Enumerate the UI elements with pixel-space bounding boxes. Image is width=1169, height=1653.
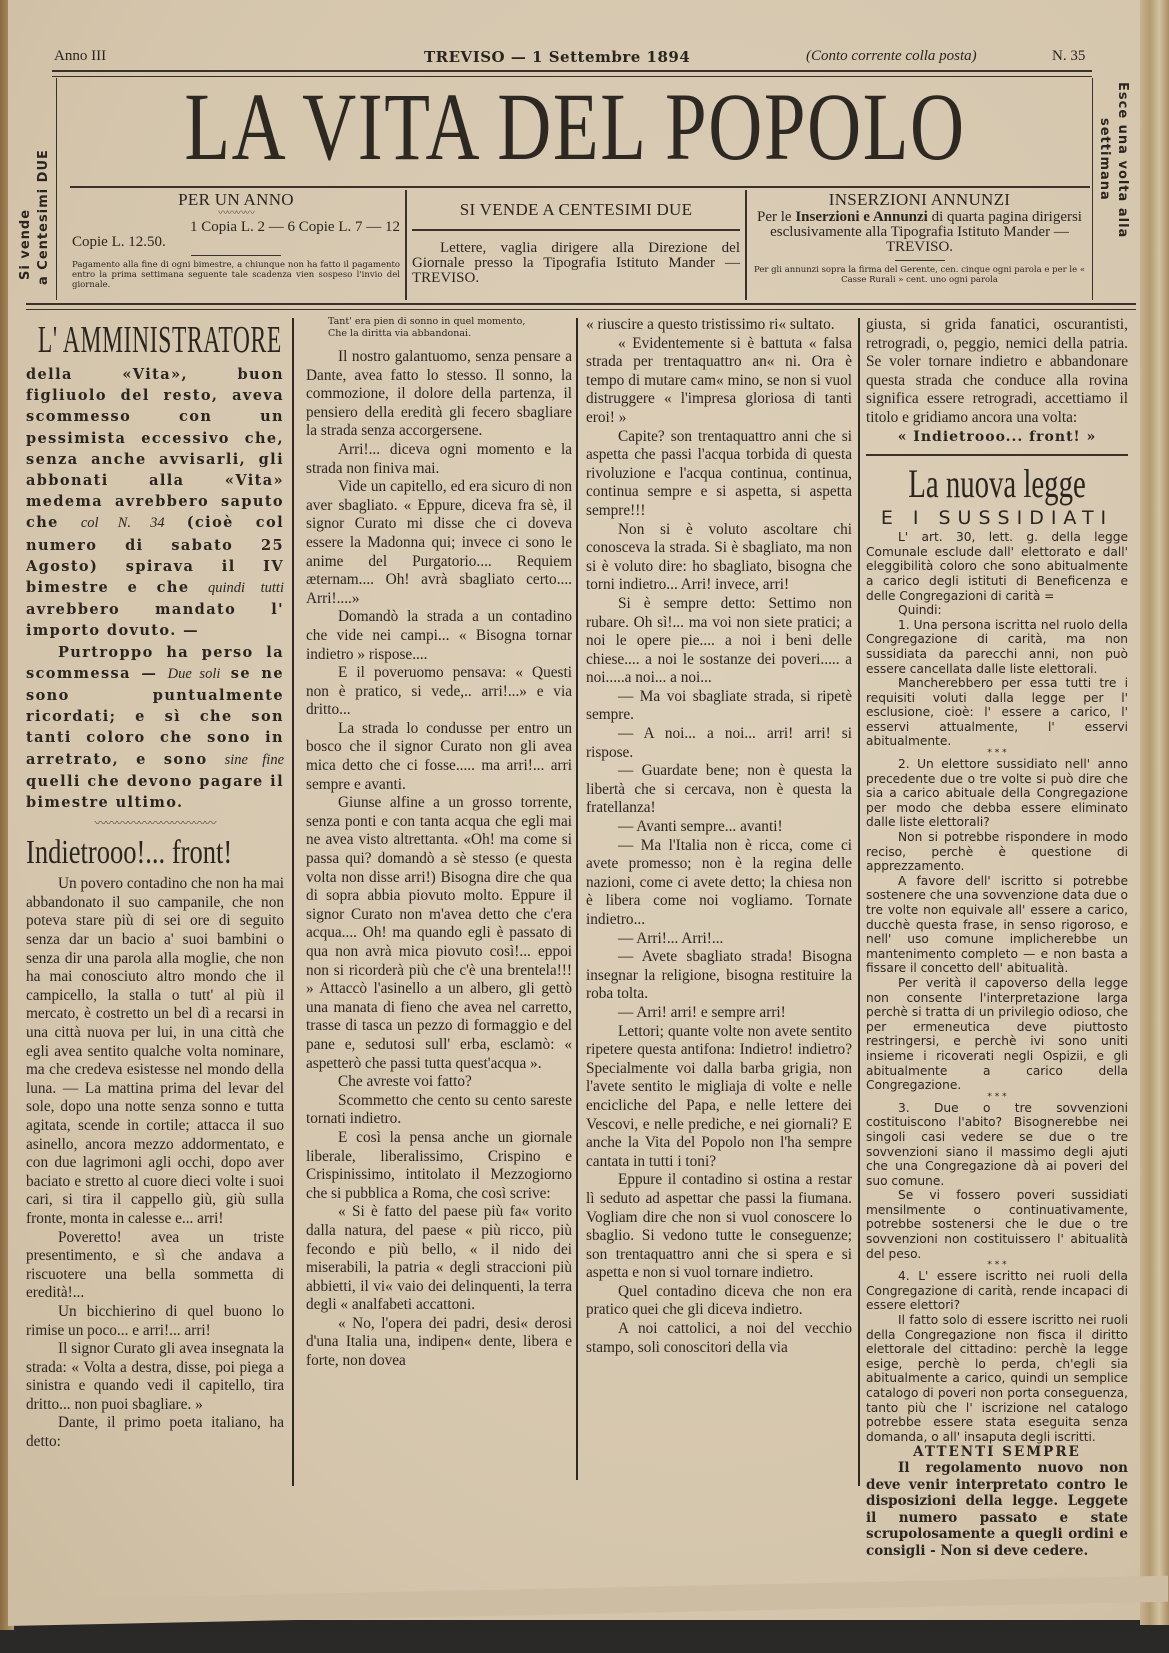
side-right-line-1: Esce una volta alla xyxy=(1115,82,1130,238)
paragraph: Capite? son trentaquattro anni che si as… xyxy=(586,428,852,521)
section-stars: * * * xyxy=(866,1093,1128,1101)
price-title: SI VENDE A CENTESIMI DUE xyxy=(412,200,740,220)
paragraph: Arri!... diceva ogni momento e la strada… xyxy=(306,441,572,478)
paragraph: E così la pensa anche un giornale libera… xyxy=(306,1129,572,1203)
price-contact: Lettere, vaglia dirigere alla Direzione … xyxy=(412,241,740,286)
paragraph: Mancherebbero per essa tutti tre i requi… xyxy=(866,676,1128,749)
paragraph: Il fatto solo di essere iscritto nei ruo… xyxy=(866,1313,1128,1444)
column-2: Tant' era pien di sonno in quel momento,… xyxy=(306,316,572,1371)
header-bottom-rule xyxy=(26,303,1136,310)
sub-rule xyxy=(191,255,281,256)
paragraph: « Si è fatto del paese più fa« vorito da… xyxy=(306,1203,572,1315)
article-subtitle: E I SUSSIDIATI xyxy=(866,506,1128,530)
paragraph: 4. L' essere iscritto nei ruoli della Co… xyxy=(866,1269,1128,1313)
price-box: SI VENDE A CENTESIMI DUE Lettere, vaglia… xyxy=(412,190,740,302)
paragraph: E il poveruomo pensava: « Questi non è p… xyxy=(306,664,572,720)
subscription-prices: 1 Copia L. 2 — 6 Copie L. 7 — 12 xyxy=(72,220,400,235)
payment-note: Pagamento alla fine di ogni bimestre, a … xyxy=(72,260,400,290)
dateline: TREVISO — 1 Settembre 1894 xyxy=(424,48,690,66)
paragraph: Giunse alfine a un grosso torrente, senz… xyxy=(306,794,572,1073)
side-note-right: Esce una volta alla settimana xyxy=(1096,80,1132,285)
ads-rule xyxy=(895,260,945,261)
page-stack-edge xyxy=(1140,0,1169,1625)
paragraph: Dante, il primo poeta italiano, ha detto… xyxy=(26,1414,284,1451)
ads-title: INSERZIONI ANNUNZI xyxy=(752,190,1087,210)
subscription-title: PER UN ANNO xyxy=(72,190,400,210)
paragraph: Vide un capitello, ed era sicuro di non … xyxy=(306,478,572,608)
postal-account-note: (Conto corrente colla posta) xyxy=(806,48,977,65)
paragraph: A noi cattolici, a noi del vecchio stamp… xyxy=(586,1320,852,1357)
paragraph: « Evidentemente si è battuta « falsa str… xyxy=(586,335,852,428)
side-note-left: Si vende a Centesimi DUE xyxy=(16,80,52,285)
paragraph: Domandò la strada a un contadino che vid… xyxy=(306,608,572,664)
paragraph: 2. Un elettore sussidiato nell' anno pre… xyxy=(866,757,1128,830)
column-1: L' AMMINISTRATORE della «Vita», buon fig… xyxy=(26,316,284,1452)
side-right-rule xyxy=(1092,78,1093,300)
paragraph: Che avreste voi fatto? xyxy=(306,1073,572,1092)
paragraph: — Avete sbagliato strada! Bisogna insegn… xyxy=(586,948,852,1004)
paragraph: Per verità il capoverso della legge non … xyxy=(866,976,1128,1093)
masthead-rule xyxy=(70,186,1090,188)
sub-divider-2 xyxy=(745,190,747,300)
section-stars: * * * xyxy=(866,749,1128,757)
ads-note: Per gli annunzi sopra la firma del Geren… xyxy=(752,265,1087,285)
article-divider xyxy=(866,454,1128,456)
paragraph: La strada lo condusse per entro un bosco… xyxy=(306,720,572,794)
paragraph: — Ma voi sbagliate strada, si ripetè sem… xyxy=(586,688,852,725)
paragraph: Un povero contadino che non ha mai abban… xyxy=(26,875,284,1228)
paragraph: — Ma l'Italia non è ricca, come ci avete… xyxy=(586,837,852,930)
amministratore-notice: della «Vita», buon figliuolo del resto, … xyxy=(26,364,284,813)
paragraph: Eppure il contadino si ostina a restar l… xyxy=(586,1171,852,1283)
paragraph: — Arri! arri! e sempre arri! xyxy=(586,1004,852,1023)
article-title-nuova-legge: La nuova legge xyxy=(874,462,1120,506)
paragraph: Scommetto che cento su cento sareste tor… xyxy=(306,1092,572,1129)
masthead-title: LA VITA DEL POPOLO xyxy=(173,72,976,182)
paragraph: — A noi... a noi... arri! arri! si rispo… xyxy=(586,725,852,762)
paragraph: « riuscire a questo tristissimo ri« sult… xyxy=(586,316,852,335)
ads-text: Per le Inserzioni e Annunzi di quarta pa… xyxy=(752,210,1087,255)
background-table xyxy=(0,1630,1169,1653)
paragraph: « No, l'opera dei padri, desi« derosi d'… xyxy=(306,1315,572,1371)
side-left-rule xyxy=(56,78,57,300)
paragraph: giusta, si grida fanatici, oscurantisti,… xyxy=(866,316,1128,428)
side-left-line-1: Si vende xyxy=(18,209,33,280)
paragraph: Un bicchierino di quel buono lo rimise u… xyxy=(26,1303,284,1340)
price-rule xyxy=(412,229,740,231)
paragraph: Lettori; quante volte non avete sentito … xyxy=(586,1023,852,1172)
sub-divider-1 xyxy=(405,190,407,300)
issue-number: N. 35 xyxy=(1052,48,1085,65)
column-4: giusta, si grida fanatici, oscurantisti,… xyxy=(866,316,1128,1559)
paragraph: 1. Una persona iscritta nel ruolo della … xyxy=(866,618,1128,676)
attenti-body: Il regolamento nuovo non deve venir inte… xyxy=(866,1460,1128,1559)
side-right-line-2: settimana xyxy=(1097,118,1112,201)
paragraph: — Arri!... Arri!... xyxy=(586,930,852,949)
paragraph: Quindi: xyxy=(866,603,1128,618)
paragraph: Il signor Curato gli avea insegnata la s… xyxy=(26,1340,284,1414)
paragraph: Quel contadino diceva che non era pratic… xyxy=(586,1283,852,1320)
paragraph: A favore dell' iscritto si potrebbe sost… xyxy=(866,874,1128,976)
paragraph: Non si è voluto ascoltare chi conosceva … xyxy=(586,521,852,595)
subscription-box: PER UN ANNO 〰〰〰〰 1 Copia L. 2 — 6 Copie … xyxy=(72,190,400,302)
amministratore-title: L' AMMINISTRATORE xyxy=(38,316,272,364)
paragraph: Se vi fossero poveri sussidiati mensilme… xyxy=(866,1188,1128,1261)
paragraph: — Avanti sempre... avanti! xyxy=(586,818,852,837)
subscription-prices-2: Copie L. 12.50. xyxy=(72,235,400,250)
paragraph: — Guardate bene; non è questa la libertà… xyxy=(586,762,852,818)
side-left-line-2: a Centesimi DUE xyxy=(36,149,51,285)
article-title-indietro: Indietrooo!... front! xyxy=(26,831,227,875)
wavy-divider: 〰〰〰〰〰〰〰〰〰〰〰 xyxy=(26,819,284,827)
paragraph: Si è sempre detto: Settimo non rubare. O… xyxy=(586,595,852,688)
attenti-title: ATTENTI SEMPRE xyxy=(866,1444,1128,1460)
paragraph: L' art. 30, lett. g. della legge Comunal… xyxy=(866,530,1128,603)
section-stars: * * * xyxy=(866,1261,1128,1269)
ads-box: INSERZIONI ANNUNZI Per le Inserzioni e A… xyxy=(752,190,1087,302)
column-3: « riuscire a questo tristissimo ri« sult… xyxy=(586,316,852,1357)
paragraph: Poveretto! avea un triste presentimento,… xyxy=(26,1229,284,1303)
column-rule-1 xyxy=(292,318,294,1486)
paragraph: Non si potrebbe rispondere in modo recis… xyxy=(866,830,1128,874)
issue-year: Anno III xyxy=(54,48,106,65)
paragraph: Il nostro galantuomo, senza pensare a Da… xyxy=(306,348,572,441)
paragraph: 3. Due o tre sovvenzioni costituiscono l… xyxy=(866,1101,1128,1189)
closing-cry: « Indietrooo... front! » xyxy=(866,428,1128,447)
column-rule-3 xyxy=(858,318,860,1486)
header-line: Anno III TREVISO — 1 Settembre 1894 (Con… xyxy=(54,48,1094,70)
column-rule-2 xyxy=(576,318,578,1480)
dante-quote: Tant' era pien di sonno in quel momento,… xyxy=(306,316,572,340)
ornament: 〰〰〰〰 xyxy=(72,210,400,218)
nuova-legge-body: L' art. 30, lett. g. della legge Comunal… xyxy=(866,530,1128,1444)
